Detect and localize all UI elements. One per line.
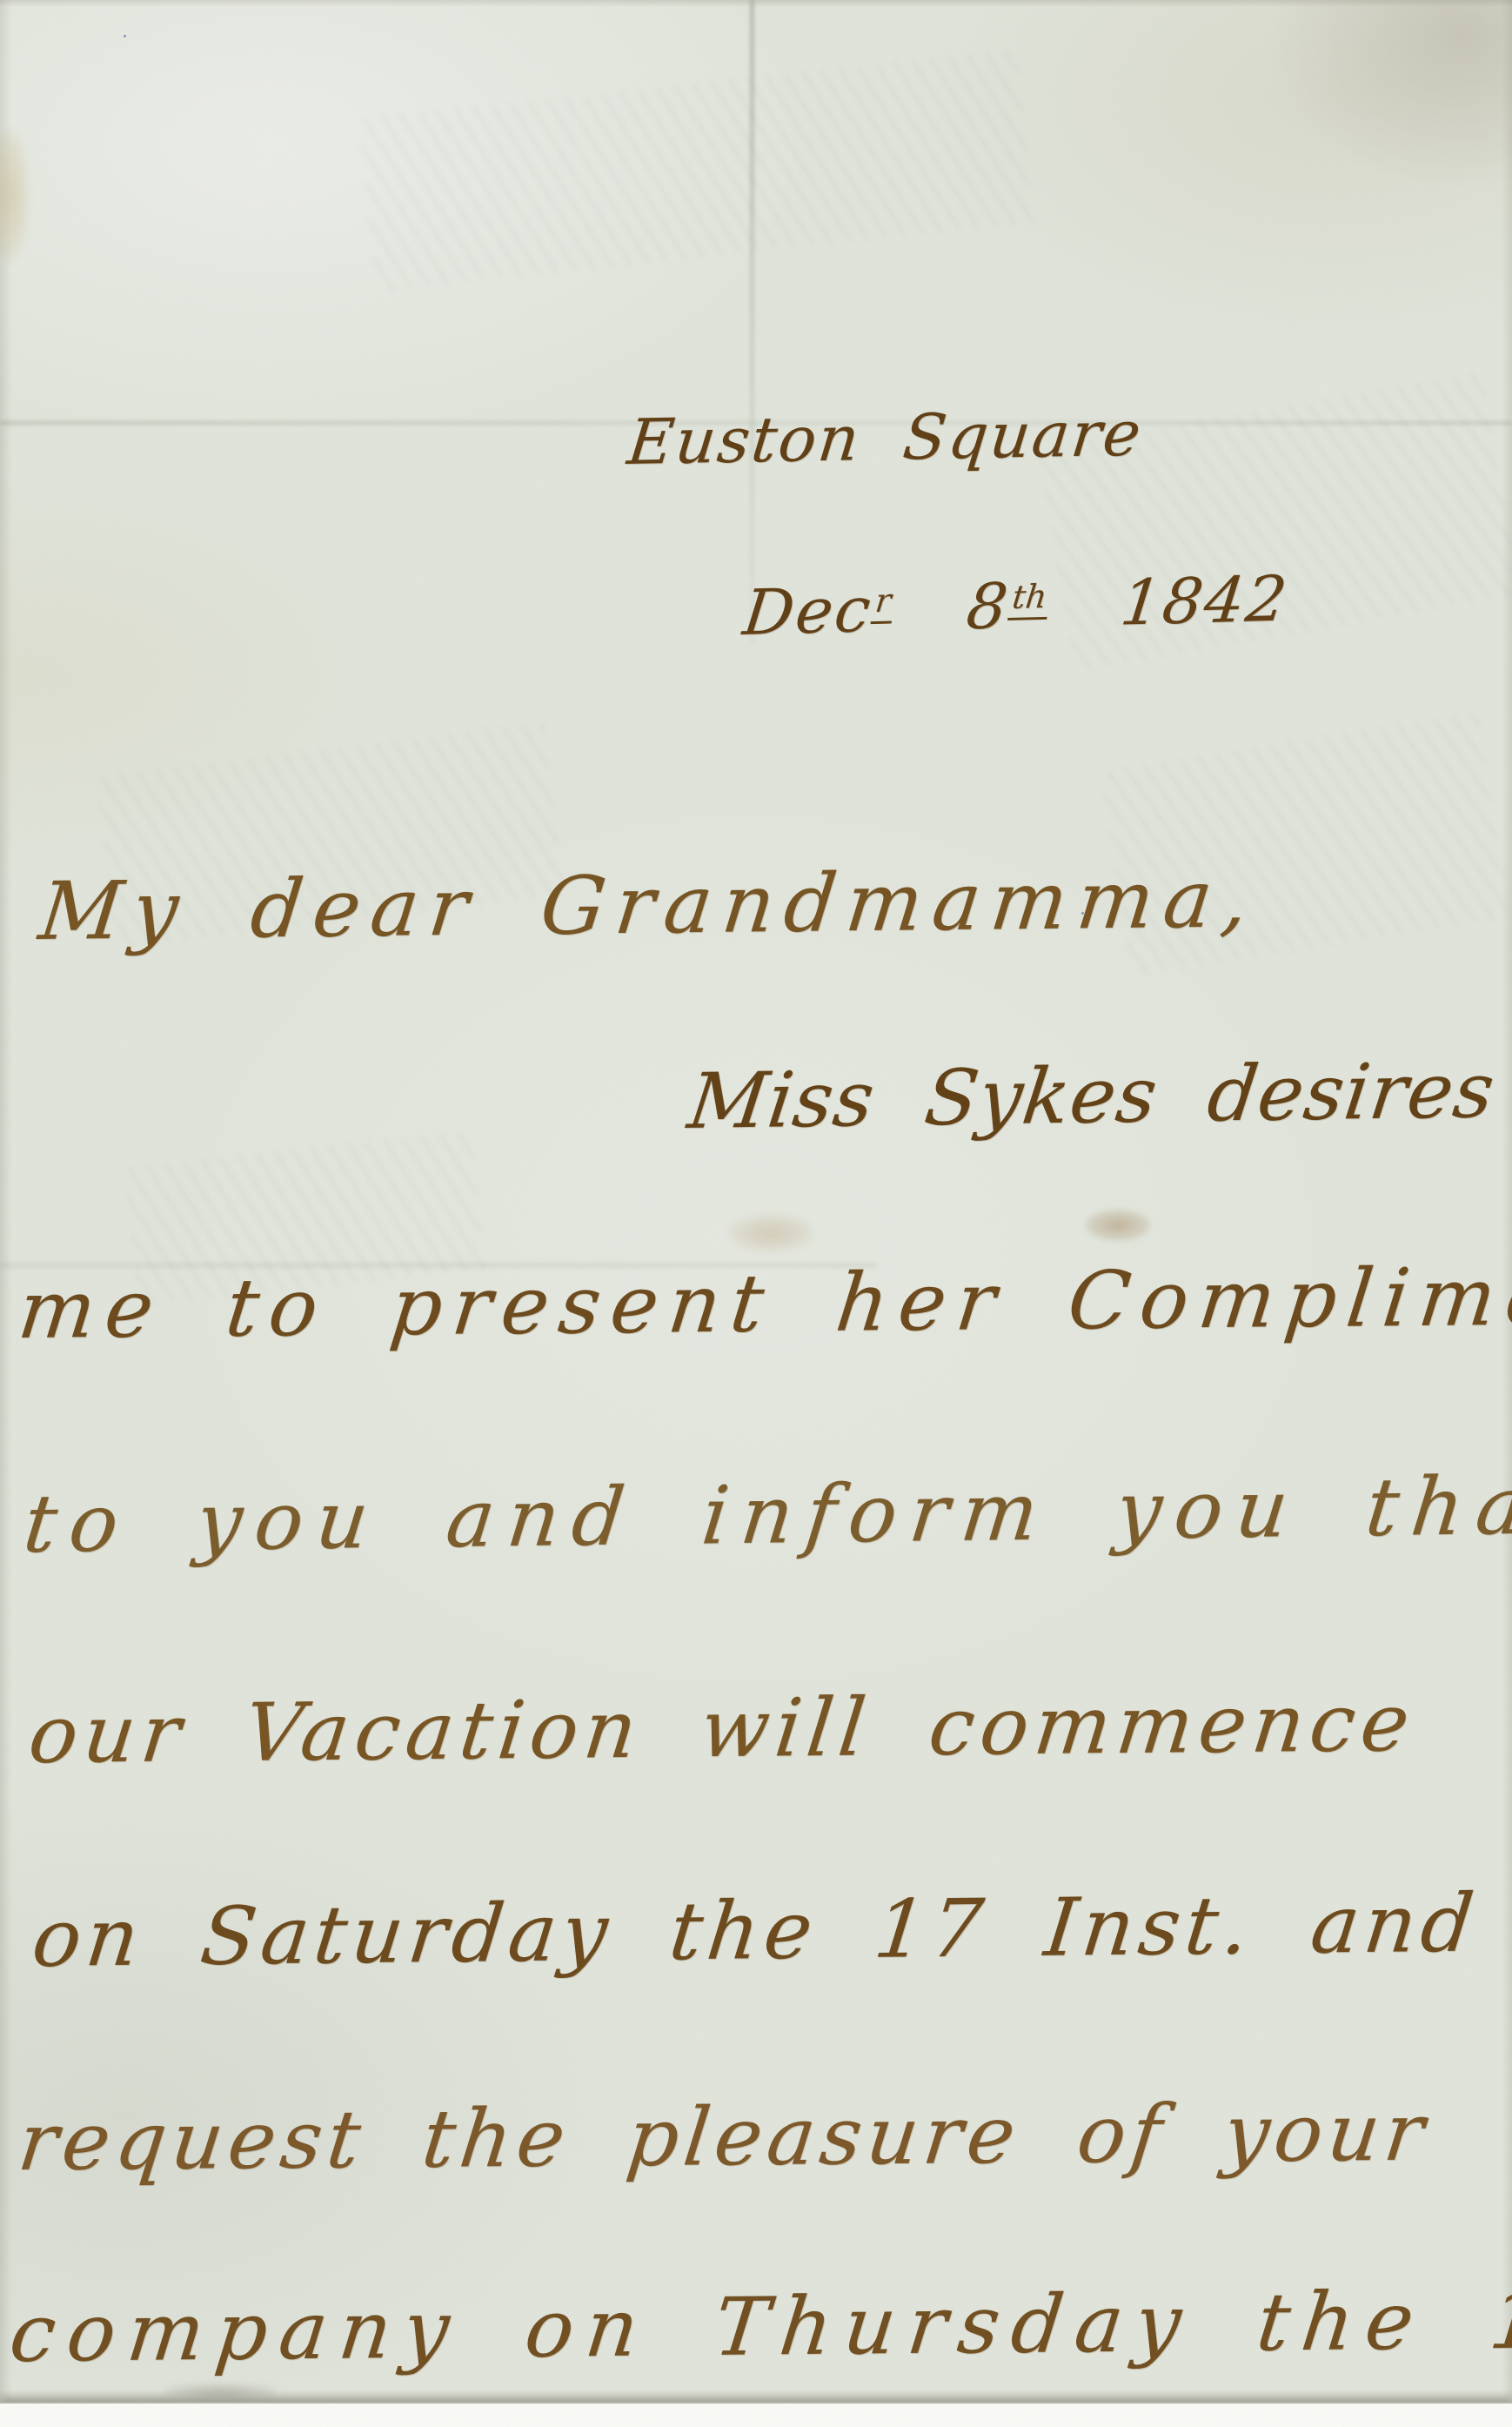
body-line-text: our Vacation will commence [24,1676,1420,1781]
body-line-1: Miss Sykes desires [684,1052,1499,1140]
body-line-text: request the pleasure of your [14,2086,1434,2189]
body-line-text: Miss Sykes desires [684,1045,1501,1146]
body-line-2: me to present her Compliments [15,1256,1512,1351]
body-line-3: to you and inform you that [20,1465,1512,1565]
body-line-4: our Vacation will commence [25,1683,1420,1775]
body-line-7: company on Thursday the 14 [6,2280,1512,2374]
date-day-suffix: th [1007,577,1052,620]
letter-date-line: Decr 8th 1842 [740,567,1292,644]
body-line-text: company on Thursday the 14 [5,2273,1512,2380]
salutation-text: My dear Grandmamma, [35,852,1263,958]
body-line-text: on Saturday the 17 Inst. and [28,1877,1483,1985]
date-month: Dec [739,573,876,649]
ink-speck [124,35,126,37]
paper-stain [0,131,28,261]
salutation-line: My dear Grandmamma, [36,859,1263,952]
paper-sheet: Euston Square Decr 8th 1842 My dear Gran… [0,0,1512,2404]
fold-crease-vertical [750,0,754,646]
date-day: 8 [963,569,1014,643]
body-line-5: on Saturday the 17 Inst. and [29,1884,1482,1979]
date-month-suffix: r [870,581,896,625]
paper-stain [729,1215,813,1251]
corner-wrinkle-shading [1268,0,1512,191]
body-line-6: request the pleasure of your [15,2093,1434,2182]
paper-stain [1086,1210,1150,1241]
date-year: 1842 [1117,562,1292,640]
letter-place-line: Euston Square [625,402,1145,473]
paper-stain [164,2384,277,2400]
place-text: Euston Square [625,397,1147,479]
body-line-text: me to present her Compliments [14,1249,1512,1357]
body-line-text: to you and inform you that [19,1458,1512,1571]
page-bottom-edge [0,2402,1512,2427]
ink-showthrough [358,50,1034,292]
letter-scan: Euston Square Decr 8th 1842 My dear Gran… [0,0,1512,2427]
